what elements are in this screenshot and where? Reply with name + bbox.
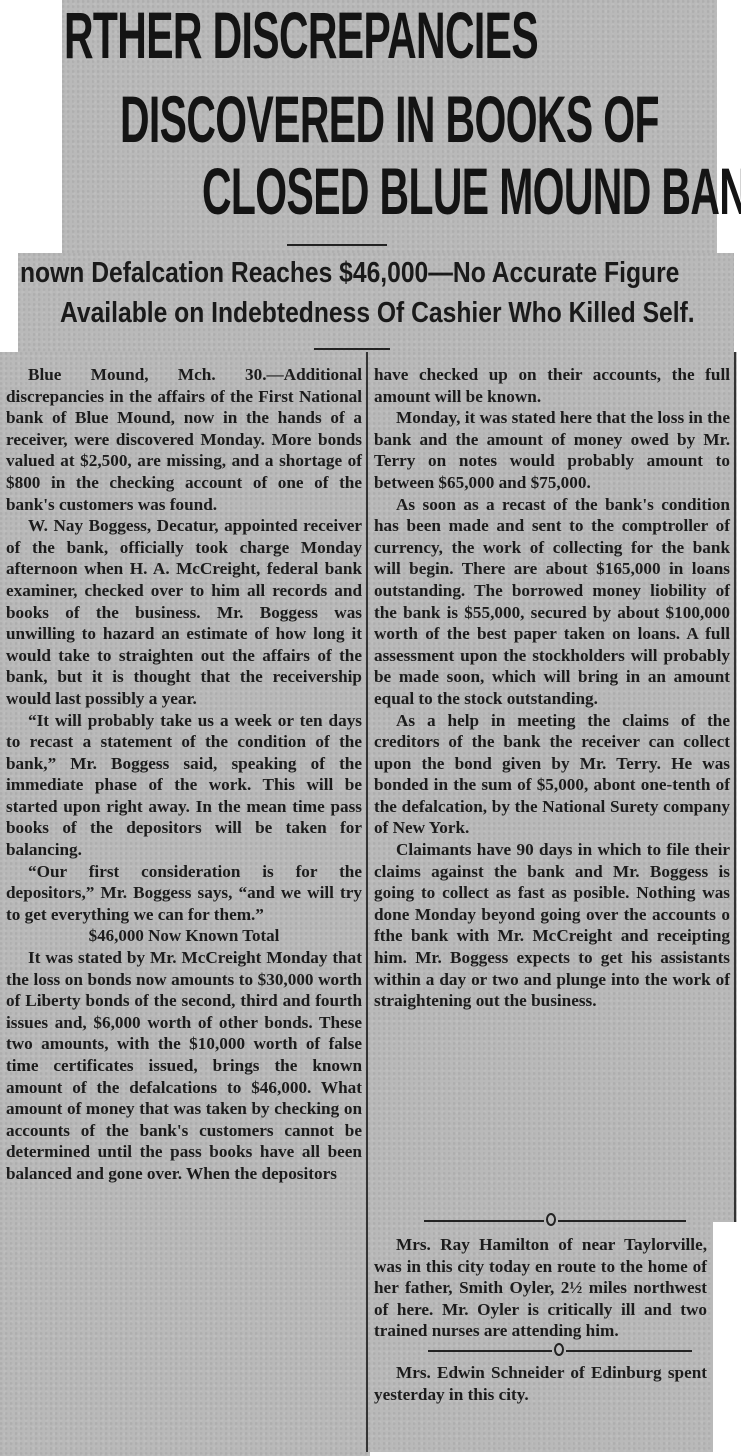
article-paragraph: Claimants have 90 days in which to file … (374, 839, 730, 1012)
article-subhead: $46,000 Now Known Total (6, 925, 362, 947)
deck-block: nown Defalcation Reaches $46,000—No Accu… (18, 253, 734, 353)
headline-block: RTHER DISCREPANCIES DISCOVERED IN BOOKS … (62, 0, 717, 253)
article-paragraph: “It will probably take us a week or ten … (6, 710, 362, 861)
article-paragraph: W. Nay Boggess, Decatur, appointed recei… (6, 515, 362, 709)
column-rule (734, 352, 736, 1222)
brief-divider (374, 1344, 707, 1358)
headline-line-2: DISCOVERED IN BOOKS OF (120, 86, 659, 152)
article-paragraph: Blue Mound, Mch. 30.—Additional discrepa… (6, 364, 362, 515)
headline-line-3: CLOSED BLUE MOUND BANK (202, 158, 741, 224)
briefs-block: Mrs. Ray Hamilton of near Taylorville, w… (368, 1222, 713, 1452)
deck-rule (314, 348, 390, 350)
deck-line-1: nown Defalcation Reaches $46,000—No Accu… (20, 257, 679, 290)
headline-line-1: RTHER DISCREPANCIES (64, 2, 538, 68)
article-paragraph: have checked up on their accounts, the f… (374, 364, 730, 407)
brief-paragraph: Mrs. Ray Hamilton of near Taylorville, w… (374, 1234, 707, 1342)
article-paragraph: It was stated by Mr. McCreight Monday th… (6, 947, 362, 1185)
article-paragraph: “Our first consideration is for the depo… (6, 861, 362, 926)
article-paragraph: As a help in meeting the claims of the c… (374, 710, 730, 840)
headline-rule (287, 244, 387, 246)
article-paragraph: As soon as a recast of the bank's condit… (374, 494, 730, 710)
brief-paragraph: Mrs. Edwin Schneider of Edinburg spent y… (374, 1362, 707, 1405)
article-paragraph: Monday, it was stated here that the loss… (374, 407, 730, 493)
article-right-column: have checked up on their accounts, the f… (368, 352, 737, 1222)
brief-divider (368, 1214, 713, 1228)
deck-line-2: Available on Indebtedness Of Cashier Who… (60, 297, 695, 330)
article-left-column: Blue Mound, Mch. 30.—Additional discrepa… (0, 352, 370, 1456)
